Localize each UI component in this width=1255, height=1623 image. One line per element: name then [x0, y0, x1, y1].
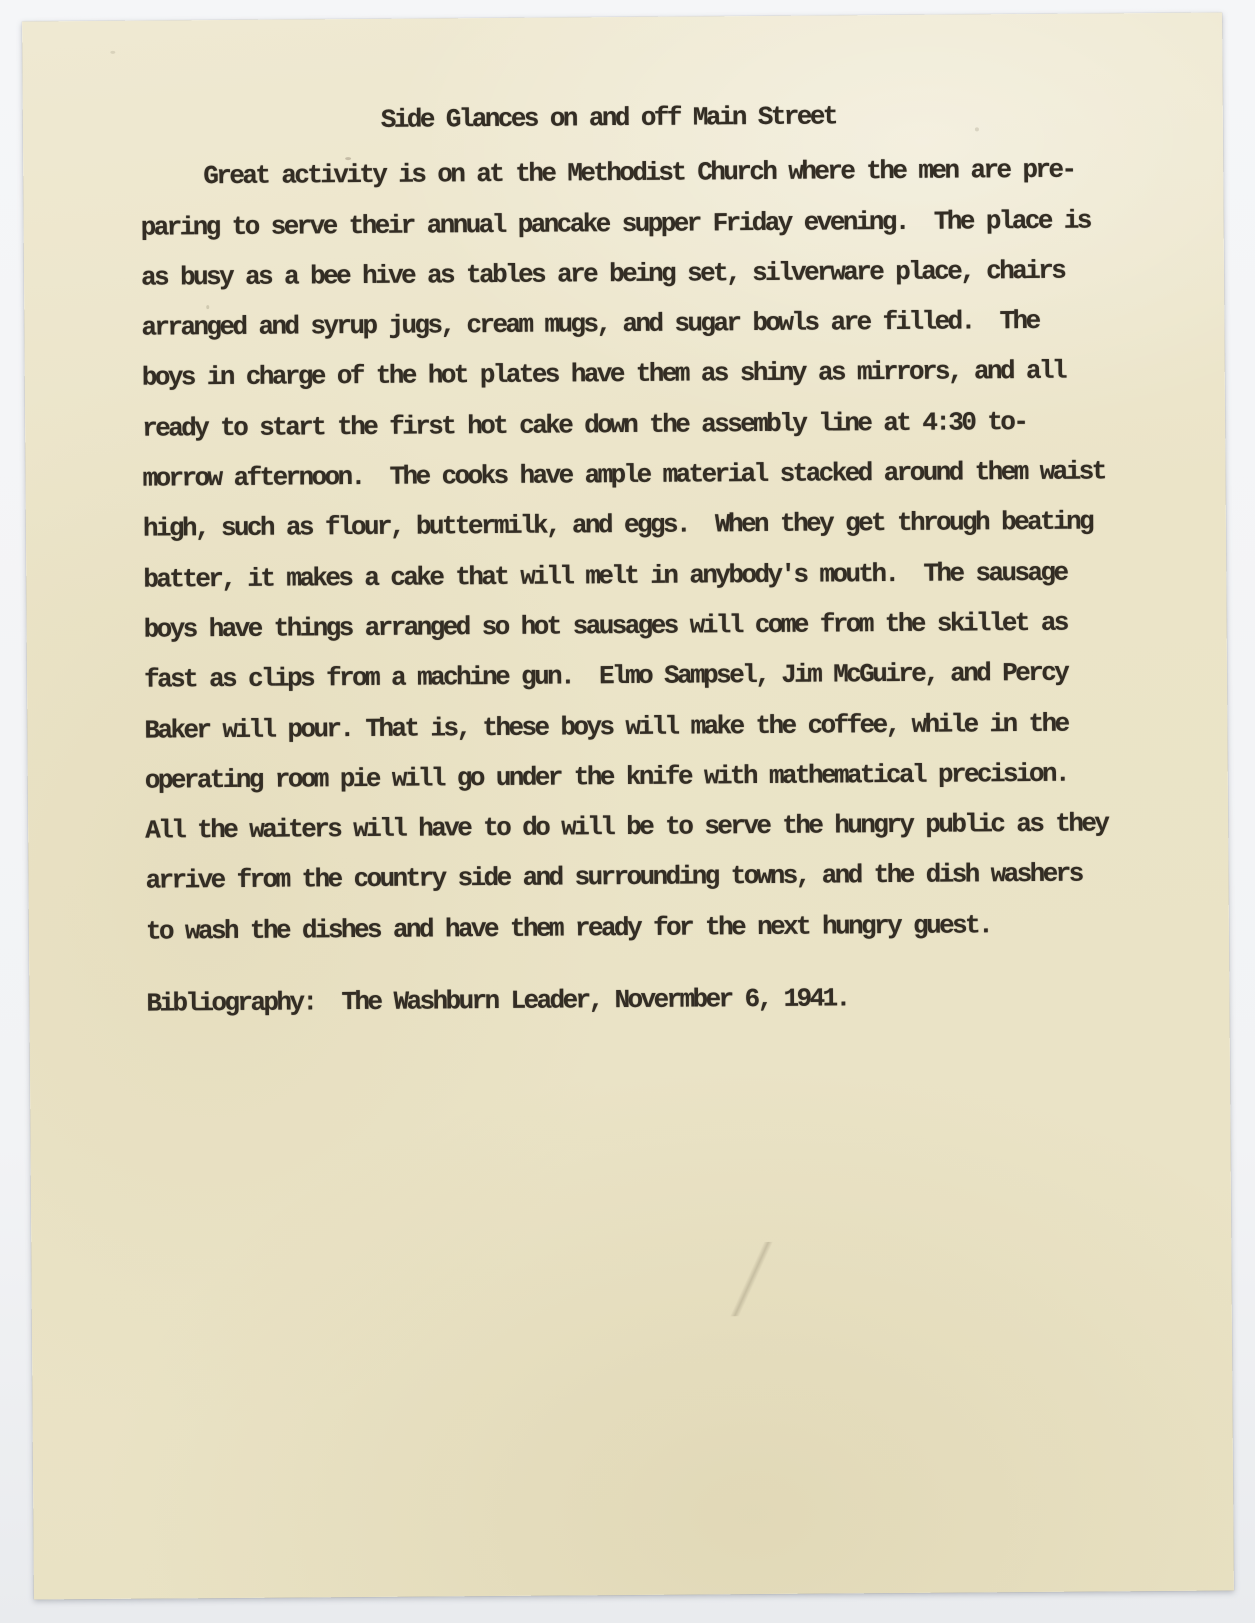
text-line: ready to start the first hot cake down t… [142, 396, 1107, 454]
text-line: to wash the dishes and have them ready f… [146, 899, 1111, 957]
text-line: Great activity is on at the Methodist Ch… [140, 145, 1105, 203]
paper-crease [729, 1242, 774, 1316]
text-line: boys in charge of the hot plates have th… [142, 346, 1107, 404]
scanner-background: Side Glances on and off Main Street Grea… [0, 0, 1255, 1623]
bibliography-line: Bibliography: The Washburn Leader, Nover… [146, 971, 1111, 1029]
text-line: as busy as a bee hive as tables are bein… [141, 245, 1106, 303]
text-line: arranged and syrup jugs, cream mugs, and… [141, 296, 1106, 354]
text-line: boys have things arranged so hot sausage… [143, 597, 1108, 655]
text-line: Baker will pour. That is, these boys wil… [144, 698, 1109, 756]
typewritten-text: Side Glances on and off Main Street Grea… [140, 89, 1112, 1029]
text-line: arrive from the country side and surroun… [145, 849, 1110, 907]
text-line: batter, it makes a cake that will melt i… [143, 547, 1108, 605]
text-line: All the waiters will have to do will be … [145, 799, 1110, 857]
text-line: operating room pie will go under the kni… [145, 748, 1110, 806]
text-line: high, such as flour, buttermilk, and egg… [143, 497, 1108, 555]
document-title: Side Glances on and off Main Street [126, 90, 1091, 148]
text-line: morrow afternoon. The cooks have ample m… [142, 446, 1107, 504]
text-line: paring to serve their annual pancake sup… [140, 195, 1105, 253]
text-line: fast as clips from a machine gun. Elmo S… [144, 648, 1109, 706]
document-page: Side Glances on and off Main Street Grea… [22, 13, 1234, 1600]
paper-speck [110, 51, 115, 54]
